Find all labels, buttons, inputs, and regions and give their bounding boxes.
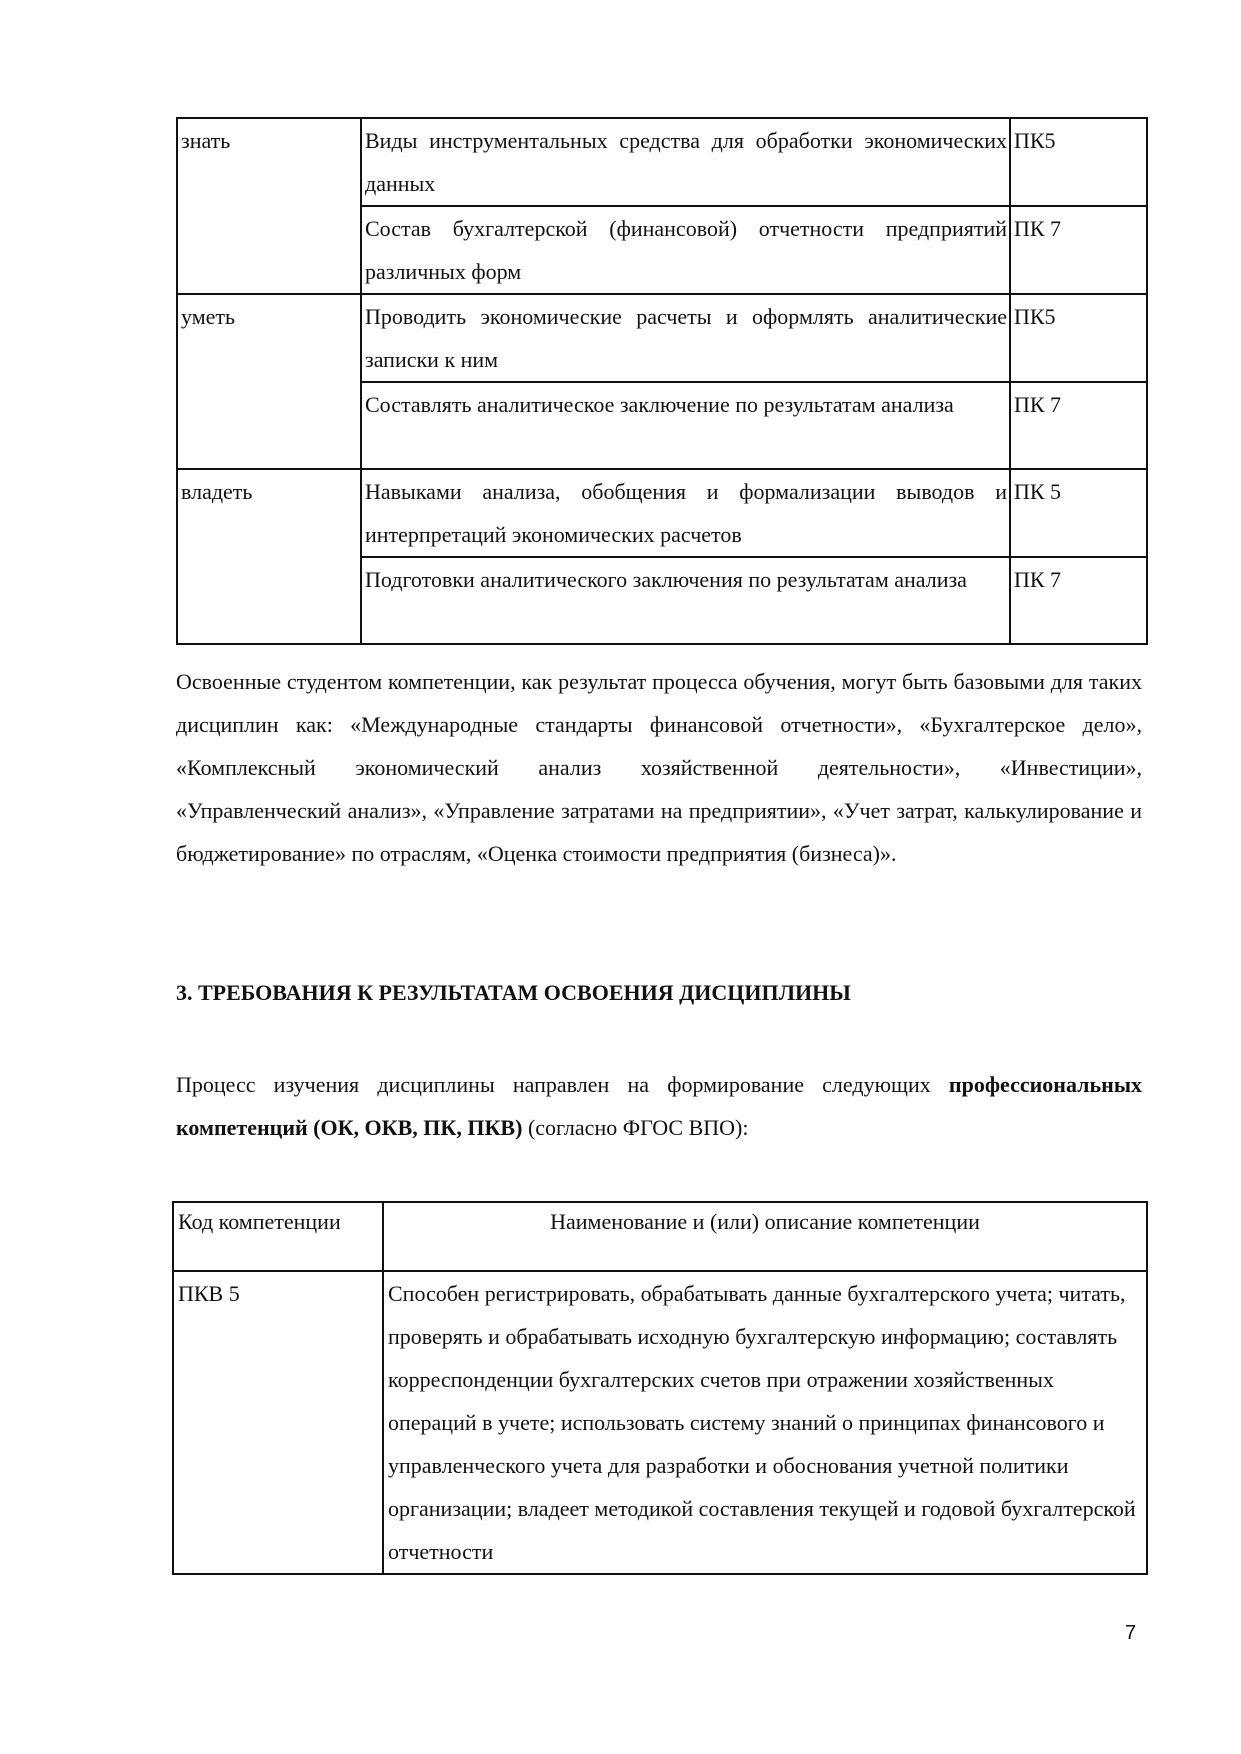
category-cell: владеть — [177, 469, 361, 644]
category-cell: уметь — [177, 294, 361, 469]
table-row: ПКВ 5 Способен регистрировать, обрабатыв… — [173, 1271, 1147, 1574]
table-header-row: Код компетенции Наименование и (или) опи… — [173, 1202, 1147, 1271]
description-cell: Проводить экономические расчеты и оформл… — [361, 294, 1010, 382]
requirements-table: Код компетенции Наименование и (или) опи… — [172, 1201, 1148, 1575]
description-cell: Состав бухгалтерской (финансовой) отчетн… — [361, 206, 1010, 294]
code-cell: ПК 5 — [1010, 469, 1147, 557]
disciplines-paragraph: Освоенные студентом компетенции, как рез… — [176, 660, 1142, 875]
header-code: Код компетенции — [173, 1202, 383, 1271]
intro-text: Процесс изучения дисциплины направлен на… — [176, 1072, 949, 1097]
document-page: знать Виды инструментальных средства для… — [0, 0, 1241, 1754]
code-cell: ПК 7 — [1010, 206, 1147, 294]
page-number: 7 — [1125, 1622, 1136, 1645]
section-heading: 3. ТРЕБОВАНИЯ К РЕЗУЛЬТАТАМ ОСВОЕНИЯ ДИС… — [176, 980, 851, 1006]
description-cell: Навыками анализа, обобщения и формализац… — [361, 469, 1010, 557]
code-cell: ПК 7 — [1010, 557, 1147, 644]
description-cell: Способен регистрировать, обрабатывать да… — [383, 1271, 1147, 1574]
table-row: владеть Навыками анализа, обобщения и фо… — [177, 469, 1147, 557]
code-cell: ПК5 — [1010, 294, 1147, 382]
category-cell: знать — [177, 118, 361, 294]
description-cell: Подготовки аналитического заключения по … — [361, 557, 1010, 644]
code-cell: ПК 7 — [1010, 382, 1147, 469]
competencies-intro-paragraph: Процесс изучения дисциплины направлен на… — [176, 1063, 1142, 1149]
table-row: уметь Проводить экономические расчеты и … — [177, 294, 1147, 382]
table-row: знать Виды инструментальных средства для… — [177, 118, 1147, 206]
header-description: Наименование и (или) описание компетенци… — [383, 1202, 1147, 1271]
competency-table: знать Виды инструментальных средства для… — [176, 117, 1148, 645]
code-cell: ПК5 — [1010, 118, 1147, 206]
description-cell: Составлять аналитическое заключение по р… — [361, 382, 1010, 469]
description-cell: Виды инструментальных средства для обраб… — [361, 118, 1010, 206]
code-cell: ПКВ 5 — [173, 1271, 383, 1574]
intro-text-end: (согласно ФГОС ВПО): — [522, 1115, 748, 1140]
